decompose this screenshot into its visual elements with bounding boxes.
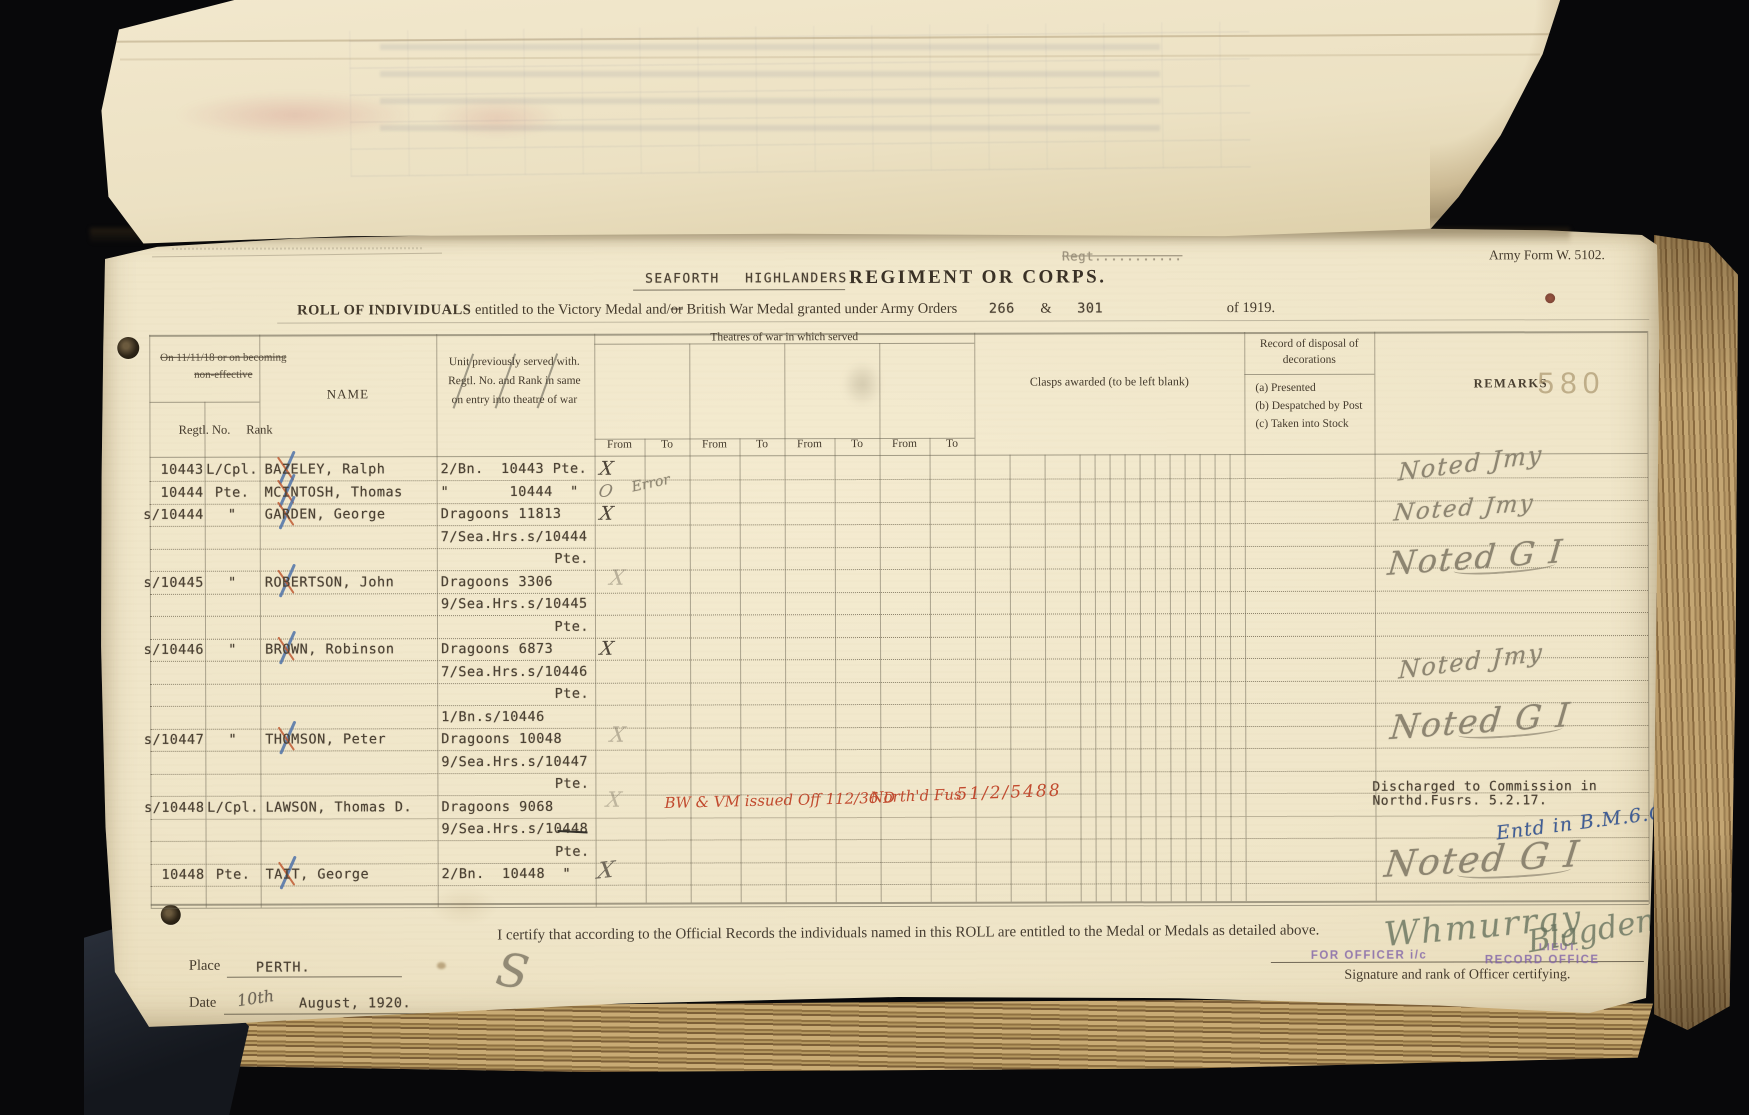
rank: " [205, 571, 260, 594]
soldier-name: TAIT, George [266, 863, 370, 886]
red-ink-note-2: North'd Fus [870, 785, 962, 806]
rank: " [205, 729, 260, 752]
rank: " [205, 639, 260, 662]
theater-served-mark: X [598, 638, 615, 661]
pink-bleed-smudge-1 [175, 92, 415, 138]
page-stack-right-edge [1654, 235, 1738, 1030]
previous-unit: Dragoons 10048 [441, 728, 589, 751]
previous-unit: Dragoons 6873 [441, 638, 589, 661]
typed-remark-line2: Northd.Fusrs. 5.2.17. [1372, 793, 1547, 808]
place-label: Place [189, 958, 220, 975]
pink-bleed-smudge-2 [432, 98, 562, 138]
red-ink-note-3: 51/2/5488 [956, 781, 1062, 805]
rank: " [205, 504, 260, 527]
rank: L/Cpl. [205, 459, 260, 482]
soldier-name: GARDEN, George [265, 503, 386, 526]
theater-served-mark: X [598, 503, 615, 526]
regimental-number: s/10445 [120, 571, 204, 594]
rank: Pte. [205, 481, 260, 504]
previous-unit: Pte. [441, 615, 589, 638]
ledger-book-photo: Regt........... Army Form W. 5102. SEAFO… [0, 0, 1749, 1115]
previous-unit: Pte. [441, 683, 589, 706]
regimental-number: 10443 [120, 459, 204, 482]
previous-unit: Pte. [441, 773, 589, 796]
medal-roll-page: Regt........... Army Form W. 5102. SEAFO… [97, 223, 1664, 1032]
previous-unit: 9/Sea.Hrs.s/10448 [441, 818, 589, 841]
regimental-number: s/10444 [120, 504, 204, 527]
regimental-number: 10448 [121, 864, 205, 887]
paper-stain-1 [429, 886, 499, 926]
previous-unit: " 10444 " [441, 480, 589, 503]
regimental-number: 10444 [120, 481, 204, 504]
typed-remark-line1: Discharged to Commission in [1372, 779, 1597, 795]
theater-served-mark: X [608, 566, 626, 589]
theater-served-mark: X [605, 788, 623, 811]
rank: Pte. [206, 864, 261, 887]
soldier-name: ROBERTSON, John [265, 571, 394, 594]
previous-unit: 7/Sea.Hrs.s/10444 [441, 525, 589, 548]
previous-unit: Dragoons 3306 [441, 570, 589, 593]
page-curl-shading [1430, 0, 1570, 235]
signature-caption: Signature and rank of Officer certifying… [1271, 967, 1644, 984]
theater-served-mark: X [609, 724, 627, 747]
previous-unit: 1/Bn.s/10446 [441, 705, 589, 728]
soldier-name: LAWSON, Thomas D. [265, 796, 412, 819]
previous-unit: 9/Sea.Hrs.s/10445 [441, 593, 589, 616]
previous-unit: Dragoons 9068 [441, 795, 589, 818]
paper-speck [437, 962, 446, 969]
previous-unit: Dragoons 11813 [441, 503, 589, 526]
place-value: PERTH. [256, 959, 311, 975]
theater-served-mark: X [596, 859, 616, 884]
flipped-previous-page [0, 0, 1749, 246]
soldier-name: BROWN, Robinson [265, 638, 394, 661]
previous-unit: 2/Bn. 10443 Pte. [441, 458, 589, 481]
date-value-typed: August, 1920. [299, 995, 411, 1011]
date-label: Date [189, 995, 216, 1012]
previous-unit: 2/Bn. 10448 " [442, 863, 590, 886]
previous-unit: 9/Sea.Hrs.s/10447 [441, 750, 589, 773]
regimental-number: s/10448 [120, 796, 204, 819]
regimental-number: s/10446 [120, 639, 204, 662]
theater-served-mark: O [597, 480, 614, 503]
previous-unit: Pte. [441, 548, 589, 571]
soldier-name: THOMSON, Peter [265, 728, 386, 751]
regimental-number: s/10447 [120, 729, 204, 752]
theater-served-mark: X [598, 458, 615, 481]
previous-unit: Pte. [442, 840, 590, 863]
rank: L/Cpl. [205, 796, 260, 819]
previous-unit: 7/Sea.Hrs.s/10446 [441, 660, 589, 683]
